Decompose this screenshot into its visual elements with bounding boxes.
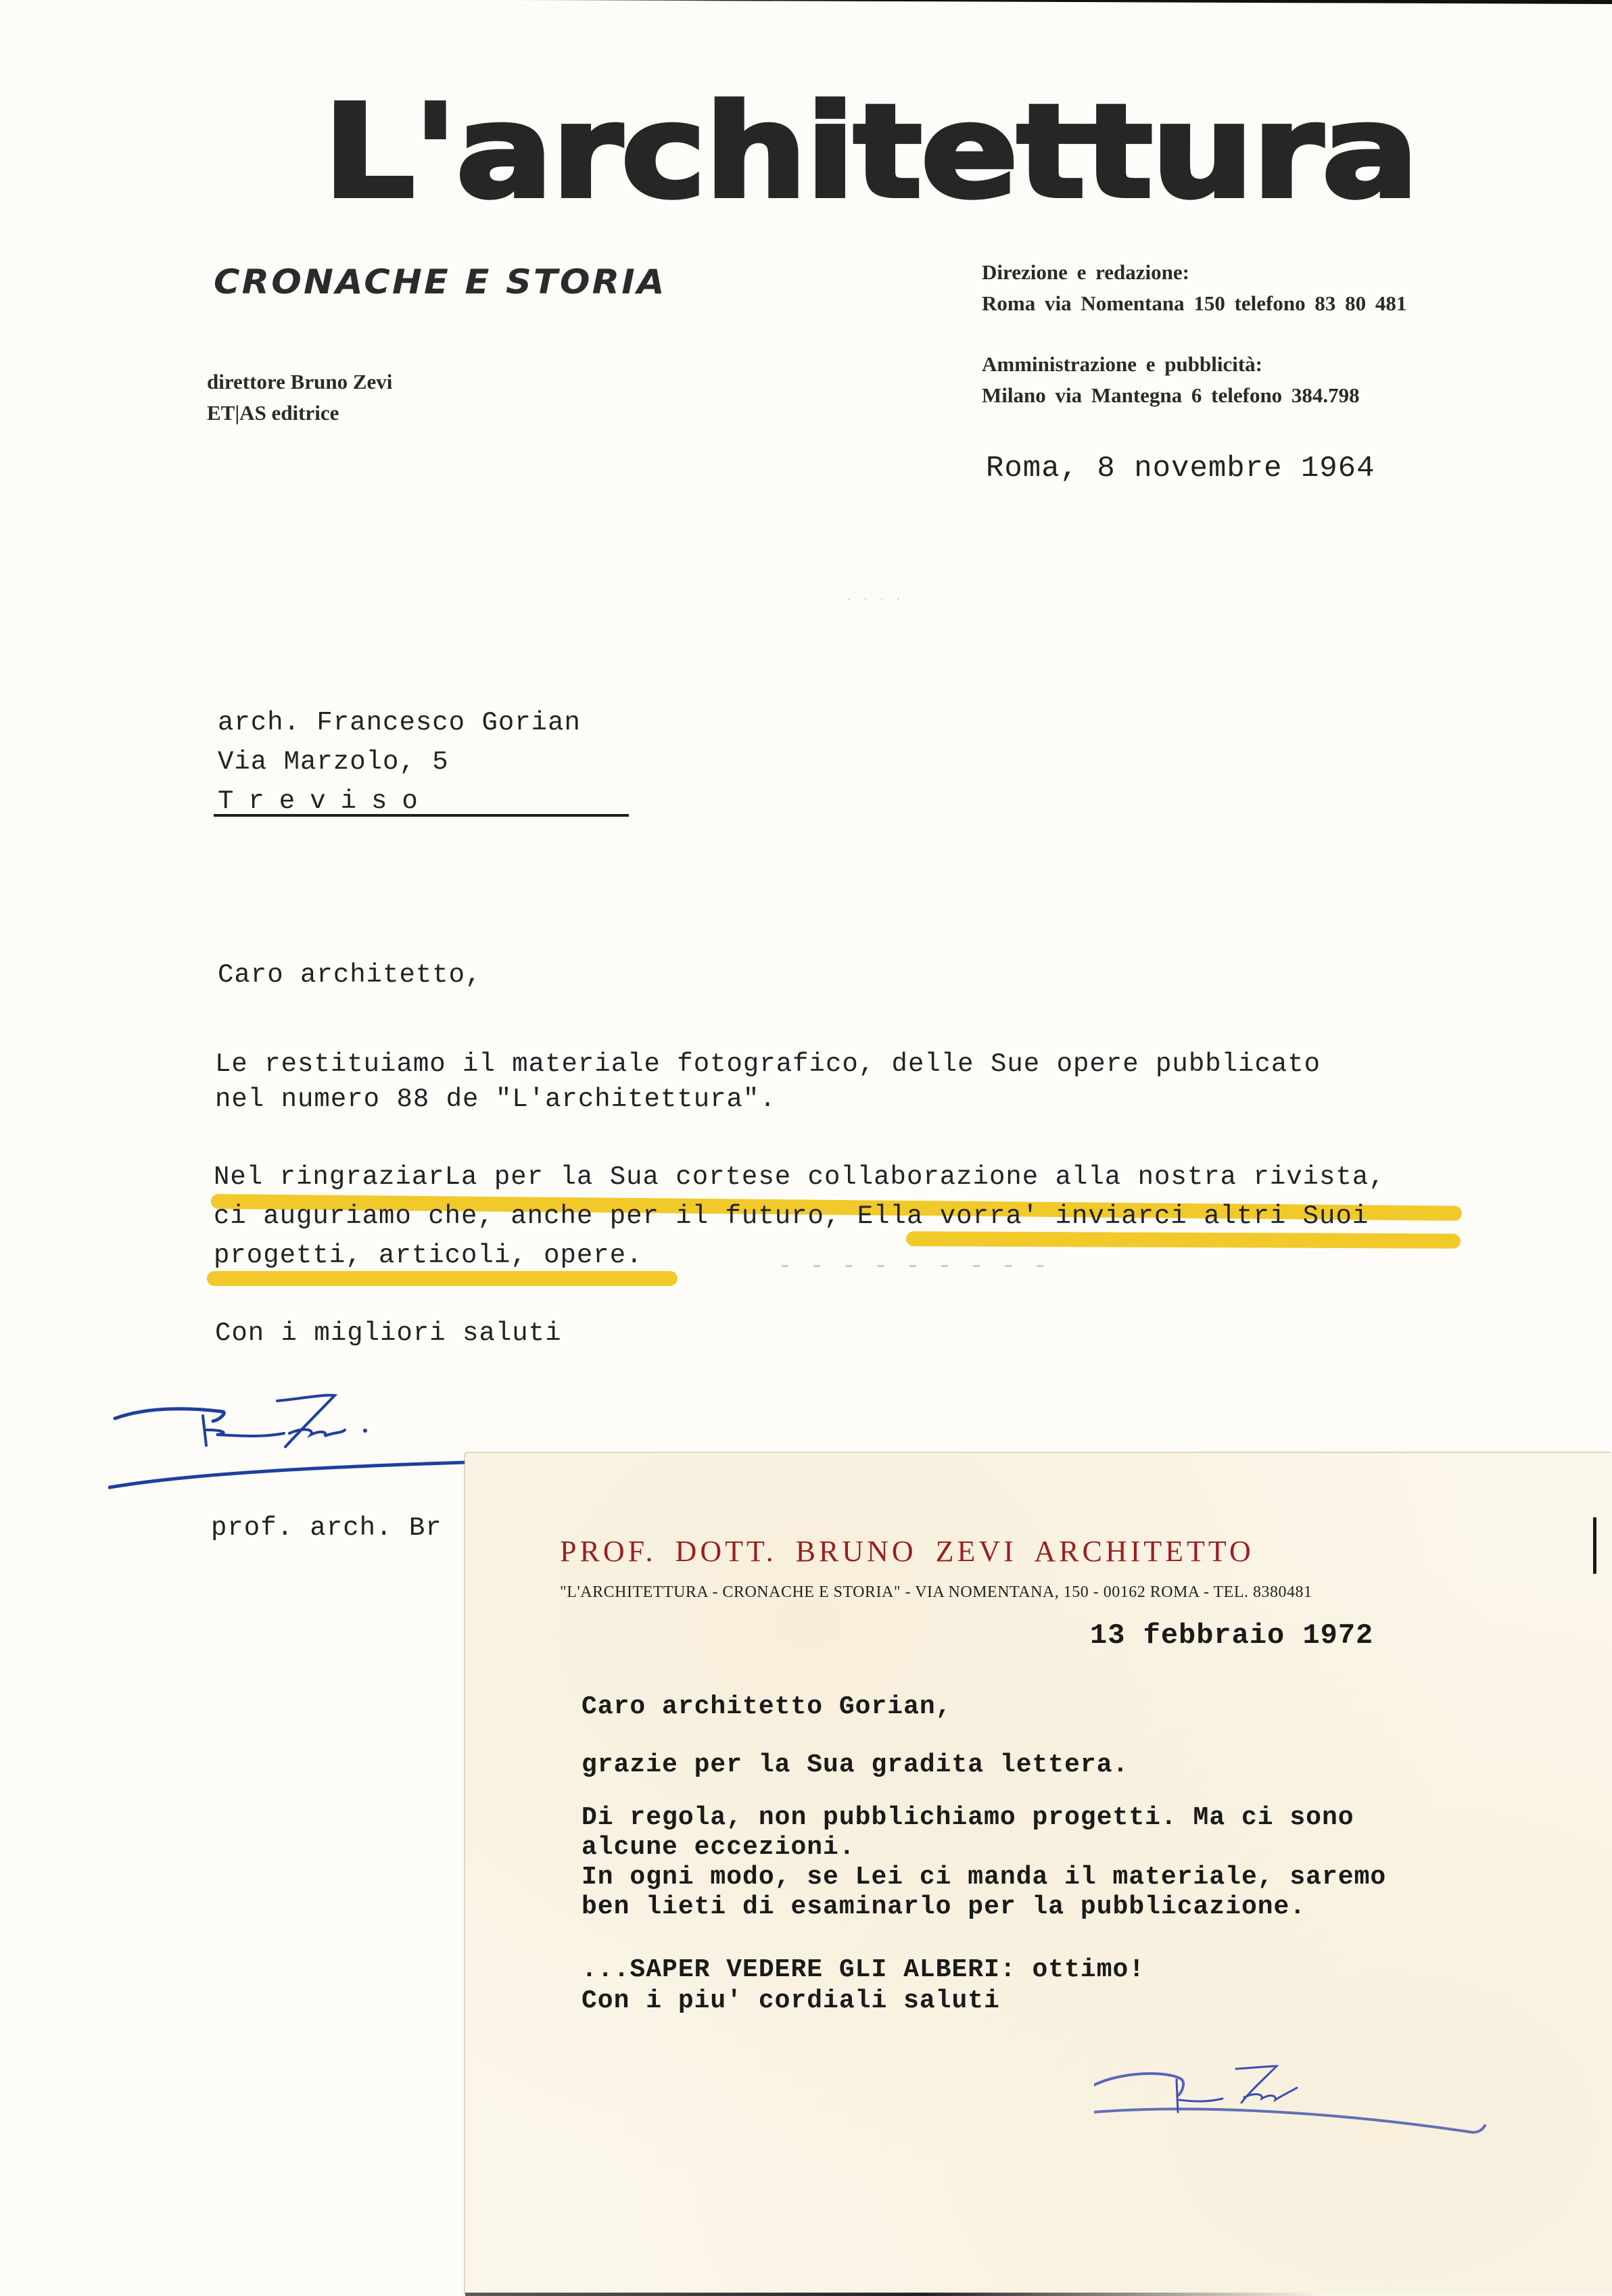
faint-offset-mark: · · · ·	[845, 592, 902, 608]
masthead-subtitle: CRONACHE E STORIA	[214, 262, 667, 302]
editorial-office: Direzione e redazione: Roma via Nomentan…	[982, 257, 1406, 319]
card-body: Di regola, non pubblichiamo progetti. Ma…	[582, 1803, 1386, 1922]
body-line: ben lieti di esaminarlo per la pubblicaz…	[582, 1892, 1386, 1922]
card-postscript: ...SAPER VEDERE GLI ALBERI: ottimo!	[582, 1955, 1145, 1986]
paragraph-line: nel numero 88 de "L'architettura".	[215, 1082, 1321, 1117]
admin-office-label: Amministrazione e pubblicità:	[982, 349, 1360, 380]
signature-icon	[108, 1393, 487, 1494]
card-closing: Con i piu' cordiali saluti	[582, 1986, 1145, 2017]
body-line: Di regola, non pubblichiamo progetti. Ma…	[582, 1803, 1386, 1833]
card-salutation: Caro architetto Gorian,	[582, 1692, 952, 1721]
editorial-office-address: Roma via Nomentana 150 telefono 83 80 48…	[982, 288, 1406, 319]
publisher-line: ET|AS editrice	[207, 398, 392, 429]
letter-paragraph-1: Le restituiamo il materiale fotografico,…	[215, 1047, 1321, 1117]
card-header-name: PROF. DOTT. BRUNO ZEVI ARCHITETTO	[560, 1534, 1254, 1569]
signature-icon	[1094, 2065, 1486, 2146]
recipient-name: arch. Francesco Gorian	[218, 703, 581, 742]
letter-signoff: prof. arch. Br	[211, 1513, 442, 1543]
card-date: 13 febbraio 1972	[1090, 1619, 1373, 1652]
admin-office-address: Milano via Mantegna 6 telefono 384.798	[982, 380, 1360, 411]
paragraph-line: Nel ringraziarLa per la Sua cortese coll…	[214, 1157, 1385, 1197]
card-bottom-edge	[465, 2293, 1612, 2296]
recipient-underline	[214, 814, 629, 817]
masthead-logo: L'architettura	[323, 88, 1417, 216]
body-line: In ogni modo, se Lei ci manda il materia…	[582, 1863, 1386, 1892]
card-thanks: grazie per la Sua gradita lettera.	[582, 1750, 1129, 1779]
letter-date: Roma, 8 novembre 1964	[986, 452, 1375, 485]
letter-salutation: Caro architetto,	[218, 960, 481, 990]
paragraph-line: ci auguriamo che, anche per il futuro, E…	[214, 1197, 1385, 1236]
director-line: direttore Bruno Zevi	[207, 366, 392, 398]
recipient-street: Via Marzolo, 5	[218, 742, 581, 782]
faint-offset-text: - - - - - - - - -	[778, 1252, 1049, 1280]
recipient-address: arch. Francesco Gorian Via Marzolo, 5 Tr…	[218, 703, 581, 821]
editorial-office-label: Direzione e redazione:	[982, 257, 1406, 288]
paragraph-line: Le restituiamo il materiale fotografico,…	[215, 1047, 1321, 1082]
admin-office: Amministrazione e pubblicità: Milano via…	[982, 349, 1360, 411]
body-line: alcune eccezioni.	[582, 1833, 1386, 1863]
letter-closing: Con i migliori saluti	[215, 1318, 561, 1348]
card-postscript-block: ...SAPER VEDERE GLI ALBERI: ottimo!Con i…	[582, 1955, 1145, 2017]
card-header-address: "L'ARCHITETTURA - CRONACHE E STORIA" - V…	[560, 1583, 1312, 1602]
reply-card-1972: PROF. DOTT. BRUNO ZEVI ARCHITETTO "L'ARC…	[465, 1453, 1612, 2296]
staple-icon	[1593, 1517, 1596, 1574]
director-block: direttore Bruno Zevi ET|AS editrice	[207, 366, 392, 429]
